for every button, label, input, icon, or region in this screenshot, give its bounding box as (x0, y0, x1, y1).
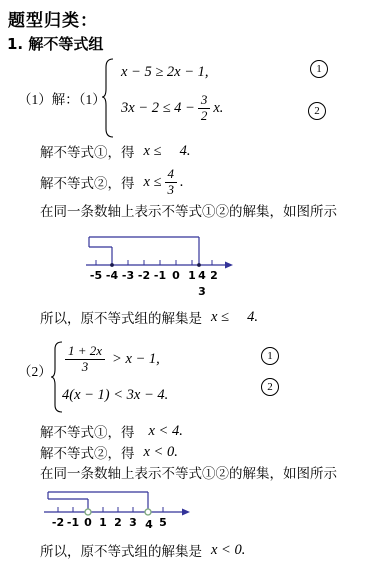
tick-label: -1 (154, 269, 166, 282)
number-line-2: -2 -1 0 1 2 3 4 5 (42, 486, 202, 534)
conclusion2-line: 所以，原不等式组的解集是 x < 0. (40, 540, 245, 560)
system2-inequality-1: 1 + 2x 3 > x − 1, (62, 342, 160, 376)
tick-label: -2 (138, 269, 150, 282)
tick-label: -3 (122, 269, 134, 282)
system1-inequality-1: x − 5 ≥ 2x − 1, (121, 64, 209, 81)
step1-result: x ≤ 4. (144, 143, 191, 160)
step2-result: x < 0. (144, 444, 178, 461)
page-title: 题型归类： (8, 6, 98, 31)
tick-label: 4 (145, 518, 153, 531)
tick-label: 1 (99, 516, 107, 529)
brace-icon (101, 58, 115, 138)
axis-arrow-icon (225, 262, 233, 269)
tag-circle-2: 2 (308, 102, 326, 120)
closed-dot-minus4 (110, 263, 114, 267)
conclusion2-result: x < 0. (211, 542, 245, 559)
tick-label: 3 (129, 516, 137, 529)
tick-label: -4 (106, 269, 119, 282)
fraction-1plus2x-3: 1 + 2x 3 (65, 344, 105, 374)
closed-dot-4over3 (197, 263, 201, 267)
step2-line: 解不等式②，得 x < 0. (40, 442, 178, 462)
tag-circle-1: 1 (310, 60, 328, 78)
number-line-1: -5 -4 -3 -2 -1 0 1 4 2 3 (84, 232, 244, 300)
step2-line: 解不等式②，得 x ≤ 4 3 . (40, 166, 184, 198)
frac-label-numerator: 4 (198, 269, 206, 282)
tick-label: 2 (210, 269, 218, 282)
worksheet-page: 题型归类： 1. 解不等式组 （1）解：（1） x − 5 ≥ 2x − 1, … (0, 0, 389, 565)
step1-result: x < 4. (149, 423, 183, 440)
frac-label-denominator: 3 (198, 285, 206, 298)
tick-label: -5 (90, 269, 102, 282)
eq1-right: > x − 1, (112, 351, 160, 368)
open-circle-4 (145, 509, 151, 515)
numberline1-intro: 在同一条数轴上表示不等式①②的解集，如图所示 (40, 200, 337, 220)
part2-prefix: （2） (18, 360, 52, 380)
step1-label: 解不等式①，得 (40, 141, 135, 161)
tick-label: -1 (67, 516, 79, 529)
tick-label: 5 (159, 516, 167, 529)
tick-label: 2 (114, 516, 122, 529)
step1-line: 解不等式①，得 x < 4. (40, 421, 183, 441)
step2-label: 解不等式②，得 (40, 442, 135, 462)
part1-solve-prefix: （1）解：（1） (18, 88, 106, 108)
tick-label: 0 (172, 269, 180, 282)
eq2-right: x. (213, 100, 223, 117)
conclusion2-label: 所以，原不等式组的解集是 (40, 540, 202, 560)
system1-inequality-2: 3x − 2 ≤ 4 − 3 2 x. (121, 90, 223, 126)
step2-result-pre: x ≤ (144, 174, 162, 191)
conclusion1-line: 所以，原不等式组的解集是 x ≤ 4. (40, 307, 258, 327)
section-heading: 1. 解不等式组 (7, 33, 103, 54)
eq2-left: 3x − 2 ≤ 4 − (121, 100, 195, 117)
step2-label: 解不等式②，得 (40, 172, 135, 192)
conclusion1-result: x ≤ 4. (211, 309, 258, 326)
tag-circle-1: 1 (261, 347, 279, 365)
open-circle-0 (85, 509, 91, 515)
numberline2-intro: 在同一条数轴上表示不等式①②的解集，如图所示 (40, 462, 337, 482)
fraction-3-2: 3 2 (198, 93, 211, 123)
tag-circle-2: 2 (261, 378, 279, 396)
axis-arrow-icon (182, 509, 190, 516)
system2-inequality-2: 4(x − 1) < 3x − 4. (62, 387, 168, 404)
step2-period: . (180, 174, 184, 191)
tick-label: 1 (188, 269, 196, 282)
tick-label: -2 (52, 516, 64, 529)
conclusion1-label: 所以，原不等式组的解集是 (40, 307, 202, 327)
step1-line: 解不等式①，得 x ≤ 4. (40, 141, 191, 161)
step1-label: 解不等式①，得 (40, 421, 135, 441)
tick-label: 0 (84, 516, 92, 529)
fraction-4-3: 4 3 (165, 167, 178, 197)
